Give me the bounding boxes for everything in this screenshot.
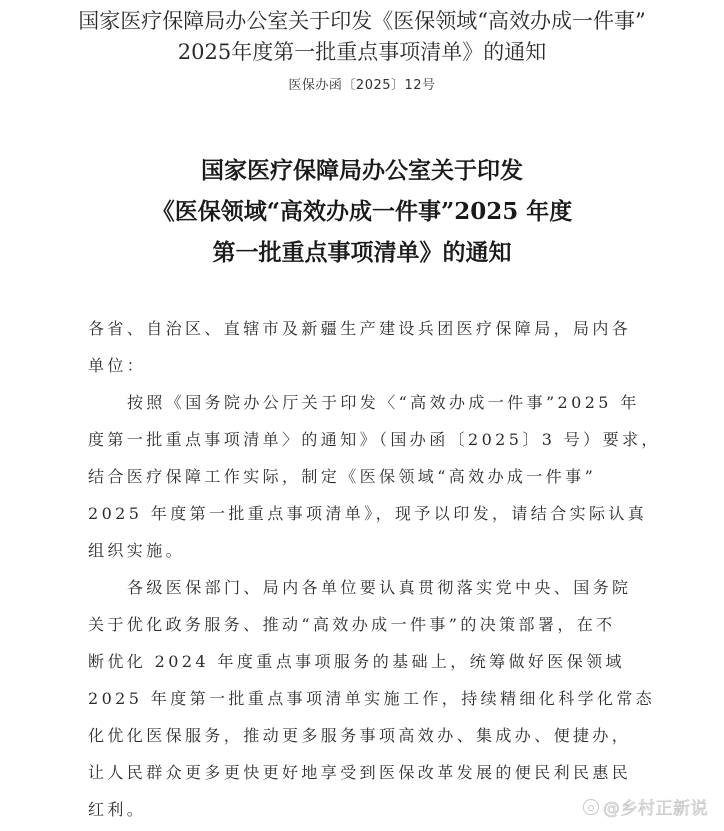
text-line: 各级医保部门、局内各单位要认真贯彻落实党中央、国务院: [88, 569, 636, 606]
text-line: 组织实施。: [88, 532, 636, 569]
text-line: 结合医疗保障工作实际，制定《医保领域“高效办成一件事”: [88, 458, 636, 495]
text-line: 2025 年度第一批重点事项清单》，现予以印发，请结合实际认真: [88, 495, 636, 532]
paw-icon: [583, 799, 599, 815]
text-line: 断优化 2024 年度重点事项服务的基础上，统筹做好医保领域: [88, 643, 636, 680]
text-line: 红利。: [88, 791, 636, 828]
document-number: 医保办函〔2025〕12号: [0, 74, 724, 93]
header-title: 国家医疗保障局办公室关于印发《医保领域“高效办成一件事” 2025年度第一批重点…: [0, 0, 724, 68]
document-title-line-3: 第一批重点事项清单》的通知: [0, 232, 724, 273]
watermark-text: @乡村正新说: [603, 794, 708, 819]
text-line: 2025 年度第一批重点事项清单实施工作，持续精细化科学化常态: [88, 680, 636, 717]
text-line: 关于优化政务服务、推动“高效办成一件事”的决策部署，在不: [88, 606, 636, 643]
salutation-paragraph: 各省、自治区、直辖市及新疆生产建设兵团医疗保障局，局内各 单位：: [88, 310, 636, 384]
text-line: 各省、自治区、直辖市及新疆生产建设兵团医疗保障局，局内各: [88, 310, 636, 347]
text-line: 按照《国务院办公厅关于印发〈“高效办成一件事”2025 年: [88, 384, 636, 421]
body-paragraph-1: 按照《国务院办公厅关于印发〈“高效办成一件事”2025 年 度第一批重点事项清单…: [88, 384, 636, 569]
document-title: 国家医疗保障局办公室关于印发 《医保领域“高效办成一件事”2025 年度 第一批…: [0, 150, 724, 273]
document-body: 各省、自治区、直辖市及新疆生产建设兵团医疗保障局，局内各 单位： 按照《国务院办…: [88, 310, 636, 828]
text-line: 化优化医保服务，推动更多服务事项高效办、集成办、便捷办，: [88, 717, 636, 754]
header-title-line-2: 2025年度第一批重点事项清单》的通知: [0, 37, 724, 68]
page-header: 国家医疗保障局办公室关于印发《医保领域“高效办成一件事” 2025年度第一批重点…: [0, 0, 724, 93]
text-line: 度第一批重点事项清单〉的通知》（国办函〔2025〕3 号）要求，: [88, 421, 636, 458]
document-title-line-2: 《医保领域“高效办成一件事”2025 年度: [0, 191, 724, 232]
body-paragraph-2: 各级医保部门、局内各单位要认真贯彻落实党中央、国务院 关于优化政务服务、推动“高…: [88, 569, 636, 828]
document-title-line-1: 国家医疗保障局办公室关于印发: [0, 150, 724, 191]
header-title-line-1: 国家医疗保障局办公室关于印发《医保领域“高效办成一件事”: [0, 6, 724, 37]
text-line: 让人民群众更多更快更好地享受到医保改革发展的便民利民惠民: [88, 754, 636, 791]
watermark: @乡村正新说: [583, 794, 708, 819]
text-line: 单位：: [88, 347, 636, 384]
